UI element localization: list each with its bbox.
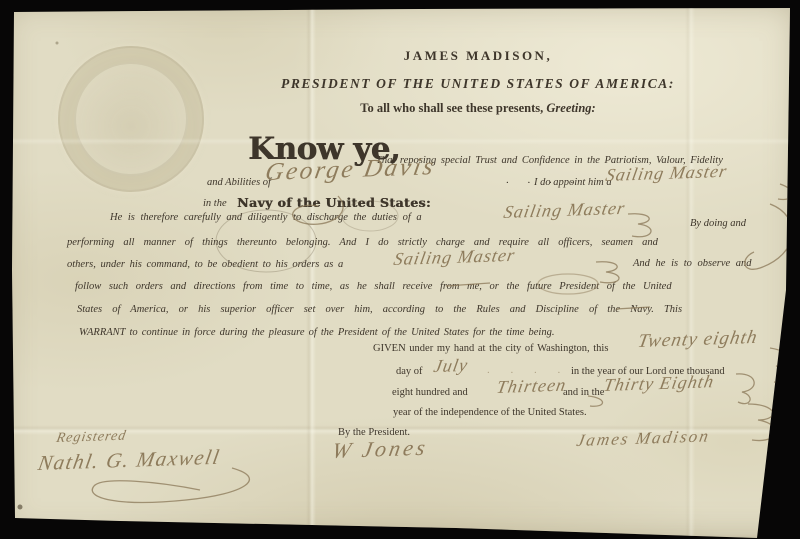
registered-notation: Registered	[55, 429, 128, 447]
rank2-curl	[628, 214, 651, 237]
handwritten-rank-1: Sailing Master	[604, 161, 729, 186]
secretary-signature: W Jones	[330, 435, 430, 464]
embossed-paper-seal	[58, 46, 204, 192]
day-flourish	[770, 348, 790, 382]
handwritten-month: July	[432, 355, 470, 377]
handwritten-independence-year: Thirty Eighth	[602, 371, 716, 396]
navy-blackletter: Navy of the United States:	[237, 195, 431, 210]
registrar-signature: Nathl. G. Maxwell	[36, 445, 222, 476]
salutation-greeting: Greeting:	[546, 101, 595, 115]
edge-ink-speck	[18, 505, 23, 510]
independence-line: year of the independence of the United S…	[393, 407, 587, 418]
salutation-text: To all who shall see these presents,	[360, 101, 546, 115]
document-title: JAMES MADISON,	[170, 48, 786, 64]
duties-line1: He is therefore carefully and diligently…	[110, 212, 422, 223]
eight-hundred-text: eight hundred and	[392, 387, 468, 398]
document-parchment: JAMES MADISON, PRESIDENT OF THE UNITED S…	[0, 0, 800, 539]
given-line: GIVEN under my hand at the city of Washi…	[373, 343, 608, 354]
handwritten-rank-2: Sailing Master	[502, 198, 627, 223]
duties-line1-post: By doing and	[690, 218, 746, 229]
duties-line4: follow such orders and directions from t…	[75, 281, 672, 292]
appointment-line3-prefix: in the	[203, 198, 227, 209]
warrant-line: WARRANT to continue in force during the …	[79, 327, 554, 338]
duties-line3-prefix: others, under his command, to be obedien…	[67, 259, 343, 270]
president-signature: James Madison	[575, 426, 712, 451]
salutation-line: To all who shall see these presents, Gre…	[170, 101, 786, 116]
handwritten-day: Twenty eighth	[636, 327, 759, 353]
day-of-label: day of	[396, 366, 423, 377]
duties-line5: States of America, or his superior offic…	[77, 304, 682, 315]
thousand-flourish	[736, 374, 754, 404]
and-in-the-text: and in the	[563, 387, 604, 398]
handwritten-appointee-name: George Davis	[263, 153, 438, 187]
tiny-pencil-mark	[56, 42, 59, 45]
rank1-curl	[778, 184, 793, 199]
document-subtitle: PRESIDENT OF THE UNITED STATES OF AMERIC…	[170, 76, 786, 92]
photo-background: JAMES MADISON, PRESIDENT OF THE UNITED S…	[0, 0, 800, 539]
handwritten-rank-3: Sailing Master	[392, 245, 517, 270]
independence-flourish	[748, 404, 775, 441]
appointment-line2-prefix: and Abilities of	[207, 177, 271, 188]
rank3-curl	[596, 262, 619, 283]
handwritten-year: Thirteen	[495, 375, 568, 398]
duties-line2: performing all manner of things thereunt…	[67, 237, 658, 248]
duties-line3-post: And he is to observe and	[633, 258, 752, 269]
appointment-line2-mid: I do appoint him a	[534, 177, 612, 188]
